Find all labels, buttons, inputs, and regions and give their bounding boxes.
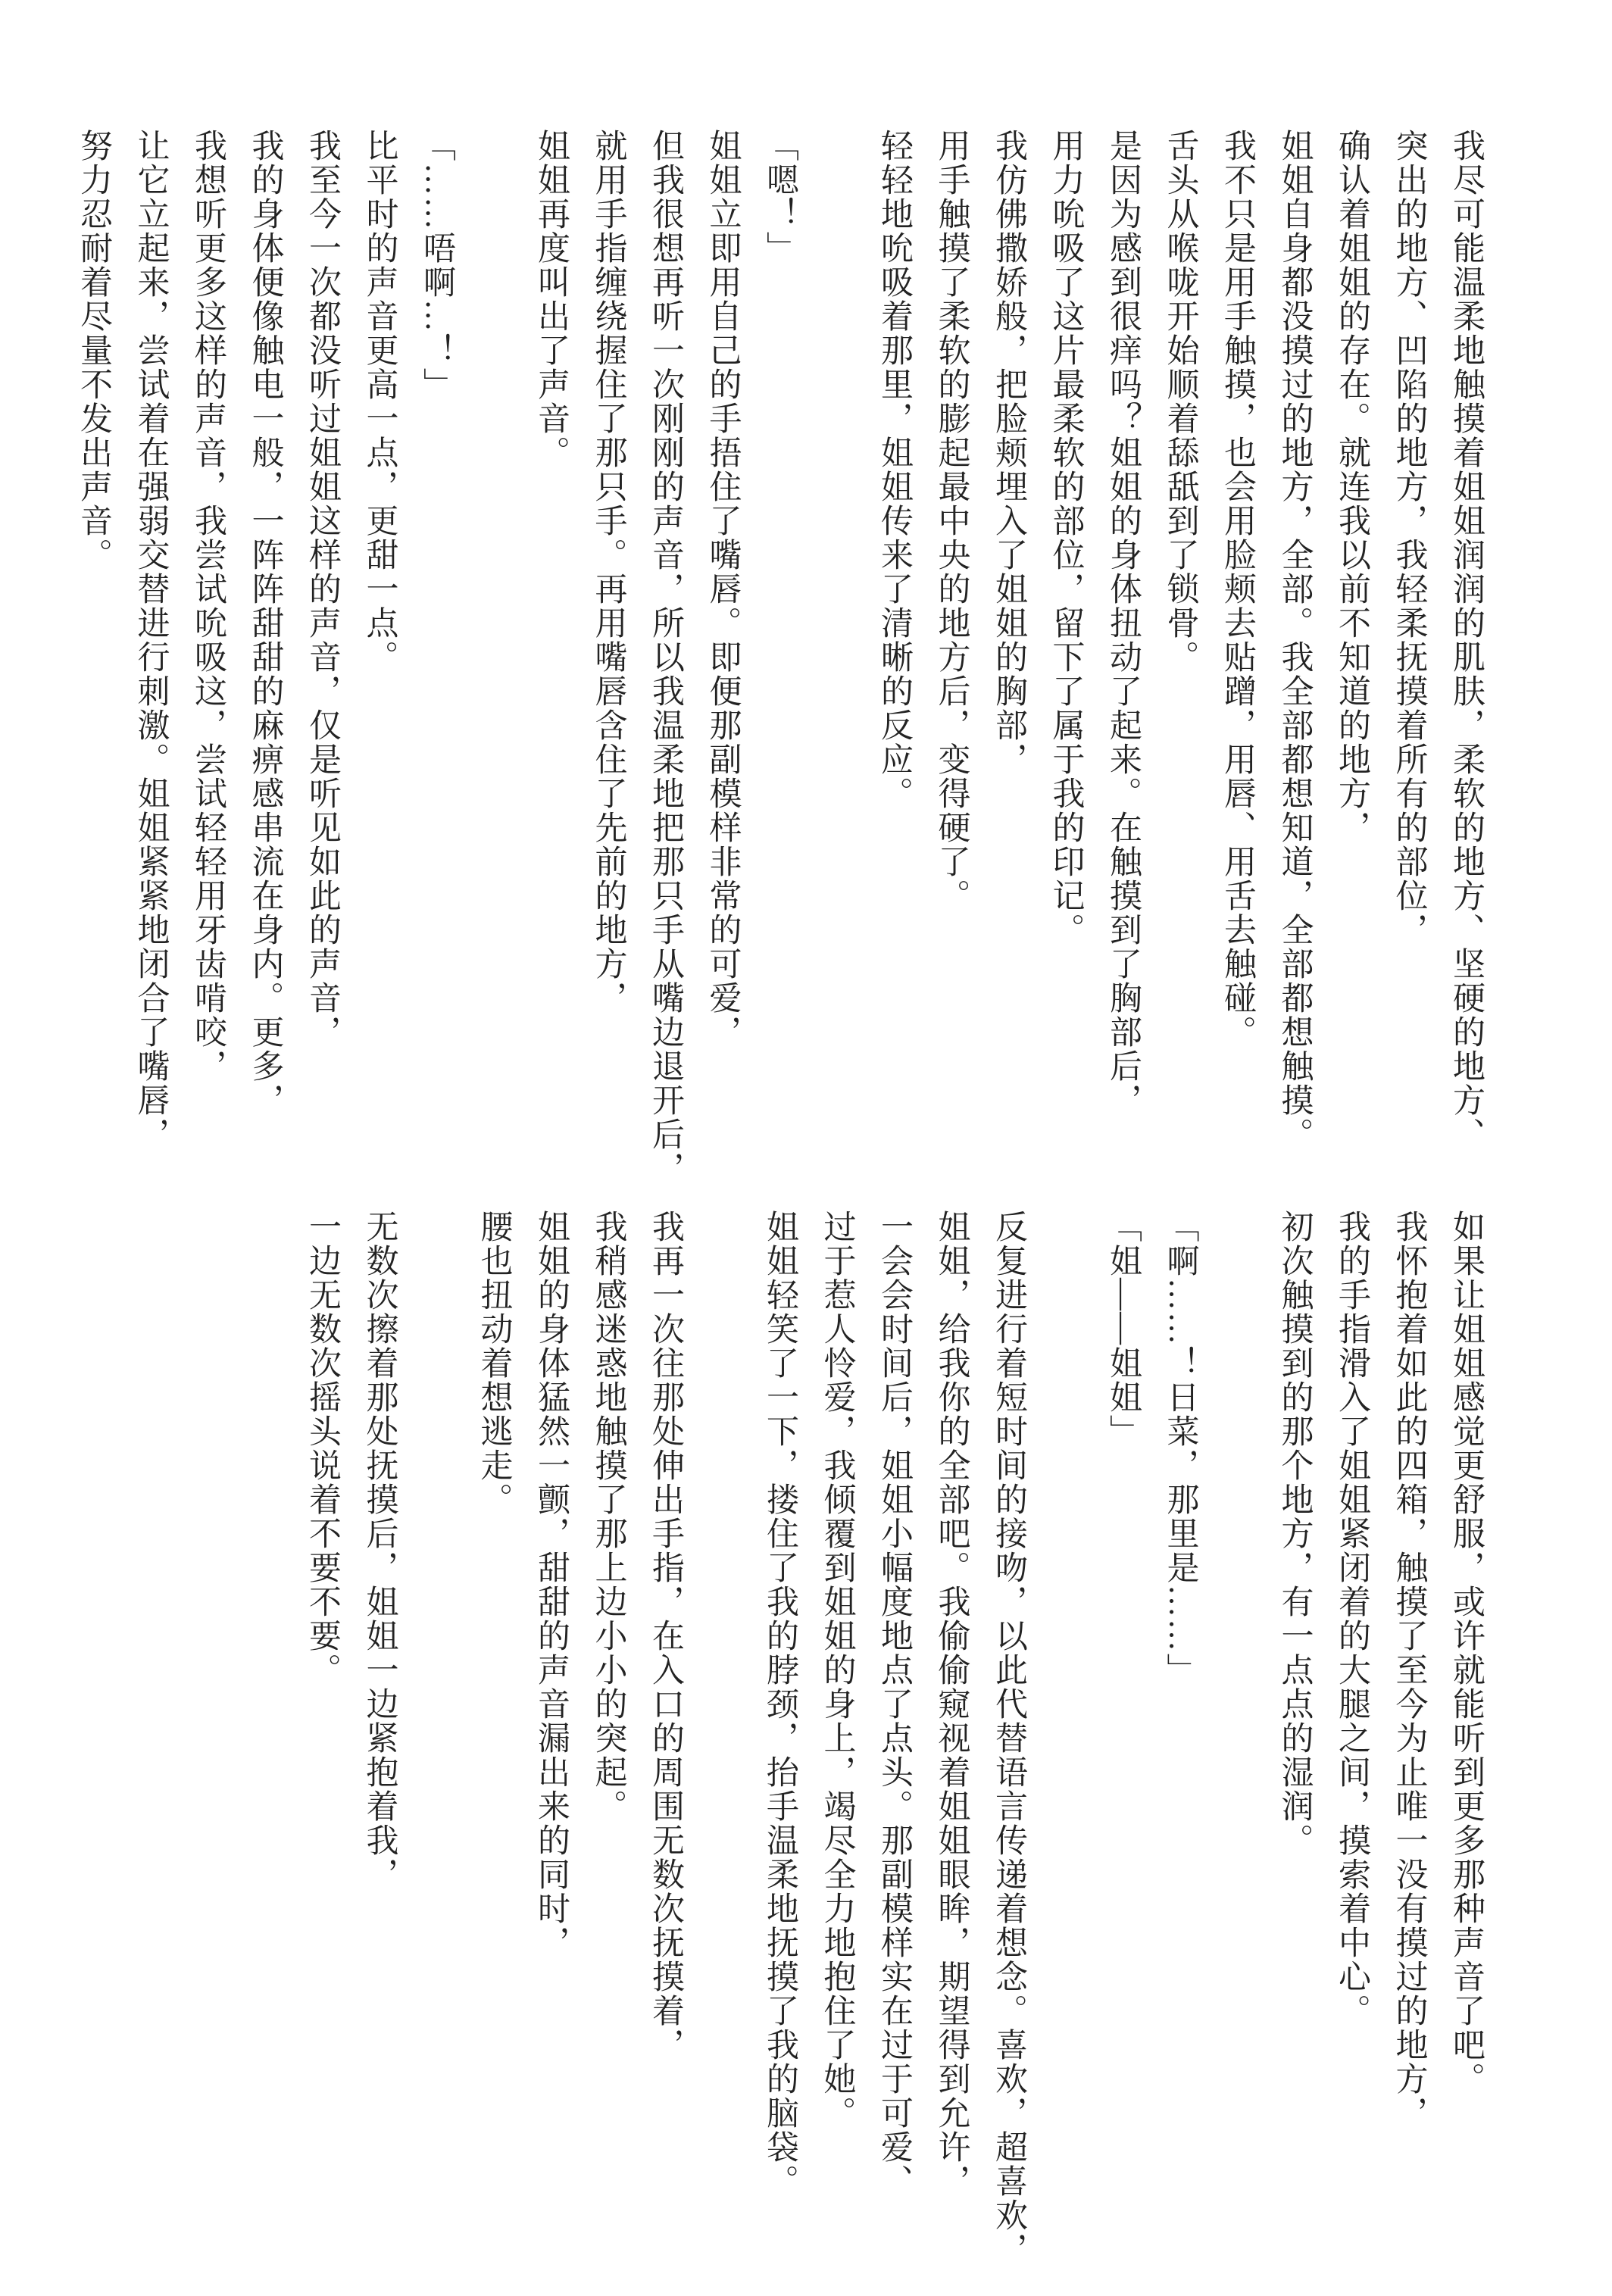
text-column: 我的手指滑入了姐姐紧闭着的大腿之间，摸索着中心。 <box>1323 1210 1381 2276</box>
text-column: 姐姐立即用自己的手捂住了嘴唇。即便那副模样非常的可爱， <box>694 129 751 1195</box>
dialogue-column: 「……唔啊…！」 <box>408 129 466 1195</box>
text-column: 腰也扭动着想逃走。 <box>465 1210 523 2276</box>
text-column: 姐姐的身体猛然一颤，甜甜的声音漏出来的同时， <box>523 1210 580 2276</box>
text-column: 一边无数次摇头说着不要不要。 <box>294 1210 351 2276</box>
text-column: 舌头从喉咙开始顺着舔舐到了锁骨。 <box>1151 129 1209 1195</box>
text-column: 无数次擦着那处抚摸后，姐姐一边紧抱着我， <box>351 1210 408 2276</box>
text-column: 我至今一次都没听过姐姐这样的声音，仅是听见如此的声音， <box>294 129 351 1195</box>
text-column: 我的身体便像触电一般，一阵阵甜甜的麻痹感串流在身内。更多， <box>236 129 294 1195</box>
dialogue-column: 「嗯！」 <box>751 129 809 1195</box>
text-band-bottom: 如果让姐姐感觉更舒服，或许就能听到更多那种声音了吧。 我怀抱着如此的四箱，触摸了… <box>48 1210 1495 2276</box>
text-column: 一会会时间后，姐姐小幅度地点了点头。那副模样实在过于可爱、 <box>866 1210 923 2276</box>
text-column: 姐姐轻笑了一下，搂住了我的脖颈，抬手温柔地抚摸了我的脑袋。 <box>751 1210 809 2276</box>
text-column: 我想听更多这样的声音，我尝试吮吸这，尝试轻轻用牙齿啃咬， <box>180 129 237 1195</box>
blank-column <box>1209 1210 1267 2276</box>
text-column: 初次触摸到的那个地方，有一点点的湿润。 <box>1266 1210 1323 2276</box>
text-column: 但我很想再听一次刚刚的声音，所以我温柔地把那只手从嘴边退开后， <box>637 129 695 1195</box>
text-column: 我不只是用手触摸，也会用脸颊去贴蹭，用唇、用舌去触碰。 <box>1209 129 1267 1195</box>
text-column: 姐姐，给我你的全部吧。我偷偷窥视着姐姐眼眸，期望得到允许， <box>923 1210 980 2276</box>
text-column: 我仿佛撒娇般，把脸颊埋入了姐姐的胸部， <box>980 129 1038 1195</box>
text-column: 姐姐自身都没摸过的地方，全部。我全部都想知道，全部都想触摸。 <box>1266 129 1323 1195</box>
blank-column <box>808 129 866 1195</box>
blank-column <box>408 1210 466 2276</box>
blank-column <box>1037 1210 1095 2276</box>
text-column: 过于惹人怜爱，我倾覆到姐姐的身上，竭尽全力地抱住了她。 <box>808 1210 866 2276</box>
text-column: 让它立起来，尝试着在强弱交替进行刺激。姐姐紧紧地闭合了嘴唇， <box>122 129 180 1195</box>
text-column: 用手触摸了柔软的膨起最中央的地方后，变得硬了。 <box>923 129 980 1195</box>
text-column: 突出的地方、凹陷的地方，我轻柔抚摸着所有的部位， <box>1380 129 1438 1195</box>
text-column: 我怀抱着如此的四箱，触摸了至今为止唯一没有摸过的地方， <box>1380 1210 1438 2276</box>
text-band-top: 我尽可能温柔地触摸着姐姐润润的肌肤，柔软的地方、坚硬的地方、 突出的地方、凹陷的… <box>48 129 1495 1195</box>
text-column: 我再一次往那处伸出手指，在入口的周围无数次抚摸着， <box>637 1210 695 2276</box>
text-column: 就用手指缠绕握住了那只手。再用嘴唇含住了先前的地方， <box>580 129 637 1195</box>
text-column: 姐姐再度叫出了声音。 <box>523 129 580 1195</box>
text-column: 是因为感到很痒吗？姐姐的身体扭动了起来。在触摸到了胸部后， <box>1095 129 1152 1195</box>
text-column: 比平时的声音更高一点，更甜一点。 <box>351 129 408 1195</box>
blank-column <box>465 129 523 1195</box>
dialogue-column: 「啊……！日菜，那里是……」 <box>1151 1210 1209 2276</box>
text-column: 我稍感迷惑地触摸了那上边小小的突起。 <box>580 1210 637 2276</box>
blank-column <box>694 1210 751 2276</box>
text-column: 努力忍耐着尽量不发出声音。 <box>65 129 123 1195</box>
text-column: 反复进行着短时间的接吻，以此代替语言传递着想念。喜欢，超喜欢， <box>980 1210 1038 2276</box>
novel-page: 我尽可能温柔地触摸着姐姐润润的肌肤，柔软的地方、坚硬的地方、 突出的地方、凹陷的… <box>0 0 1612 2296</box>
dialogue-column: 「姐——姐姐」 <box>1095 1210 1152 2276</box>
text-column: 轻轻地吮吸着那里，姐姐传来了清晰的反应。 <box>866 129 923 1195</box>
text-column: 确认着姐姐的存在。就连我以前不知道的地方， <box>1323 129 1381 1195</box>
text-column: 如果让姐姐感觉更舒服，或许就能听到更多那种声音了吧。 <box>1438 1210 1495 2276</box>
text-column: 我尽可能温柔地触摸着姐姐润润的肌肤，柔软的地方、坚硬的地方、 <box>1438 129 1495 1195</box>
text-column: 用力吮吸了这片最柔软的部位，留下了属于我的印记。 <box>1037 129 1095 1195</box>
